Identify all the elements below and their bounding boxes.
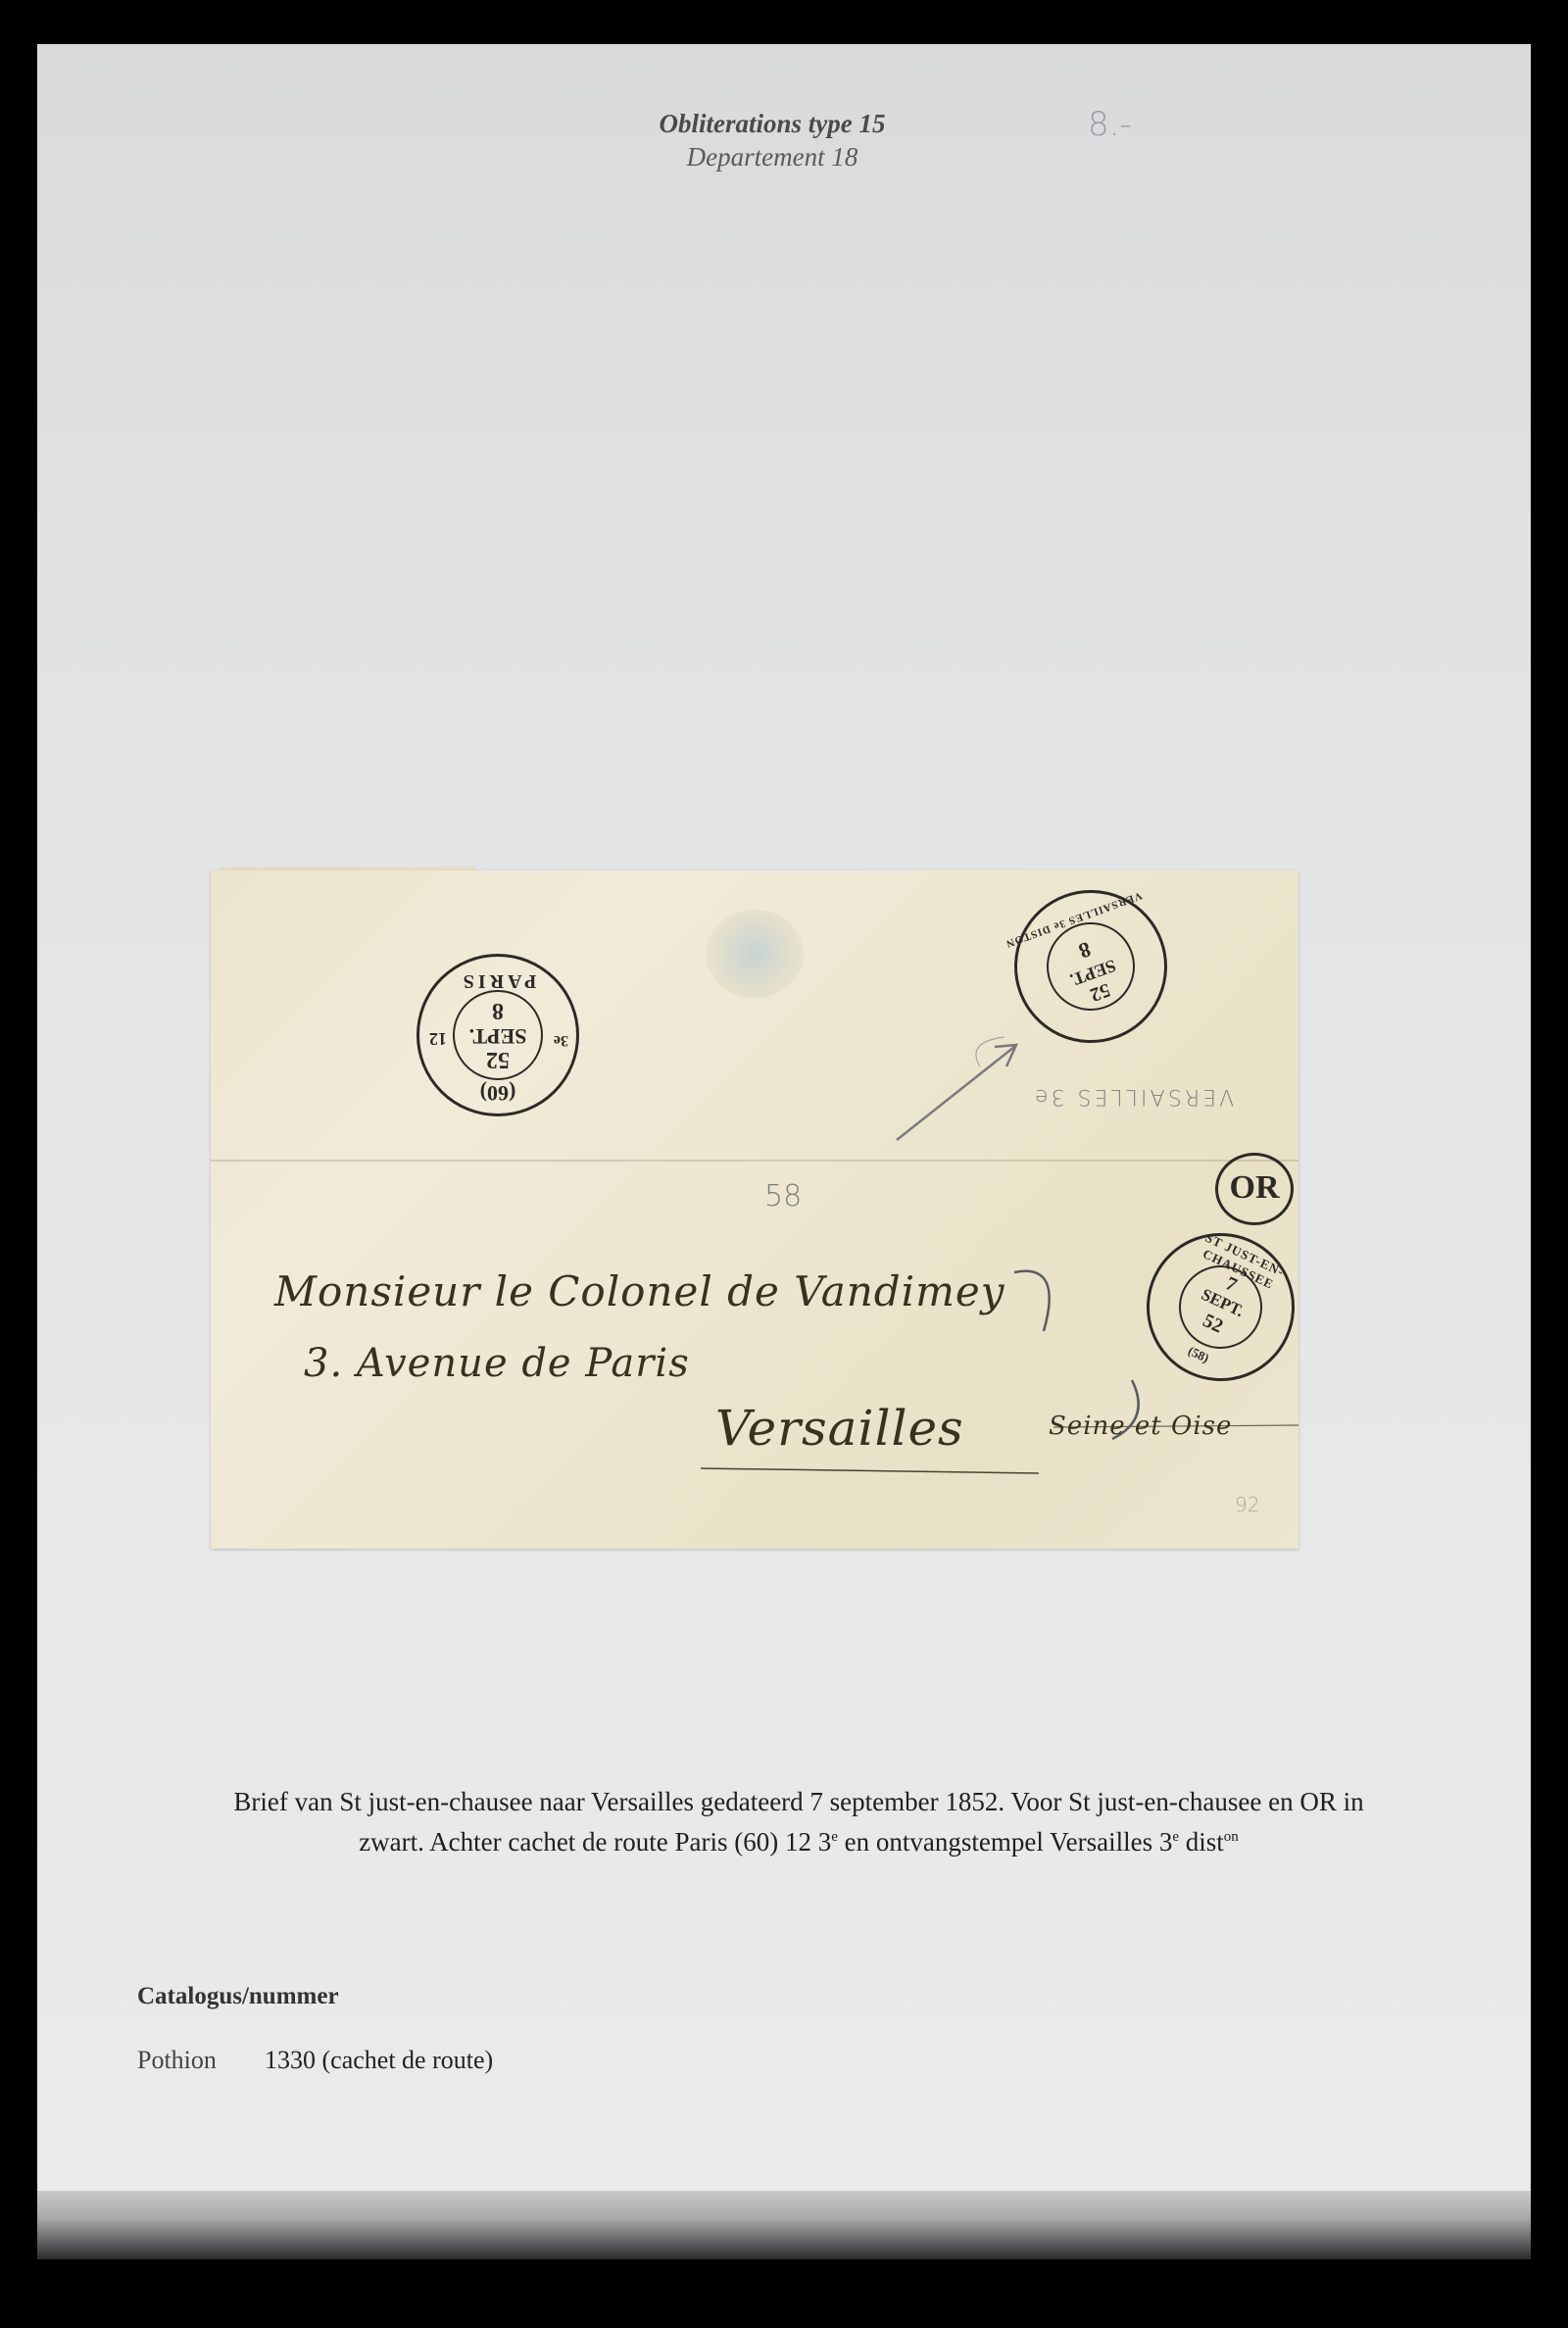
caption-text: zwart. Achter cachet de route Paris (60)… [359, 1827, 831, 1857]
caption-line-1: Brief van St just-en-chausee naar Versai… [98, 1784, 1499, 1819]
caption-line-2: zwart. Achter cachet de route Paris (60)… [98, 1819, 1499, 1859]
caption-text: en ontvangstempel Versailles 3 [838, 1827, 1172, 1857]
catalogue-value: 1330 (cachet de route) [265, 2046, 493, 2074]
page-subtitle: Departement 18 [37, 142, 1507, 173]
page-edge-shadow [37, 2191, 1531, 2259]
pencil-note-corner: 92 [1235, 1493, 1259, 1516]
catalogue-row: Pothion1330 (cachet de route) [137, 2046, 493, 2075]
page-title: Obliterations type 15 [37, 109, 1507, 139]
caption-text: dist [1179, 1827, 1224, 1857]
caption-superscript: e [831, 1829, 838, 1845]
description-caption: Brief van St just-en-chausee naar Versai… [98, 1784, 1499, 1859]
address-line-1: Monsieur le Colonel de Vandimey [274, 1267, 1005, 1315]
pencil-note-versailles: VERSAILLES 3e [1032, 1084, 1234, 1109]
pencil-price-note: 8.- [1088, 105, 1132, 144]
address-line-3: Versailles [715, 1400, 964, 1457]
catalogue-heading: Catalogus/nummer [137, 1983, 339, 2010]
caption-superscript: on [1224, 1829, 1239, 1845]
pencil-note-number: 58 [764, 1179, 802, 1214]
address-line-2: 3. Avenue de Paris [304, 1341, 690, 1386]
envelope-cover: (60) 52 SEPT. 8 PARIS 12 3e 52 SEPT. 8 V… [211, 870, 1298, 1549]
catalogue-label: Pothion [137, 2046, 265, 2075]
address-region: Seine et Oise [1049, 1412, 1232, 1441]
